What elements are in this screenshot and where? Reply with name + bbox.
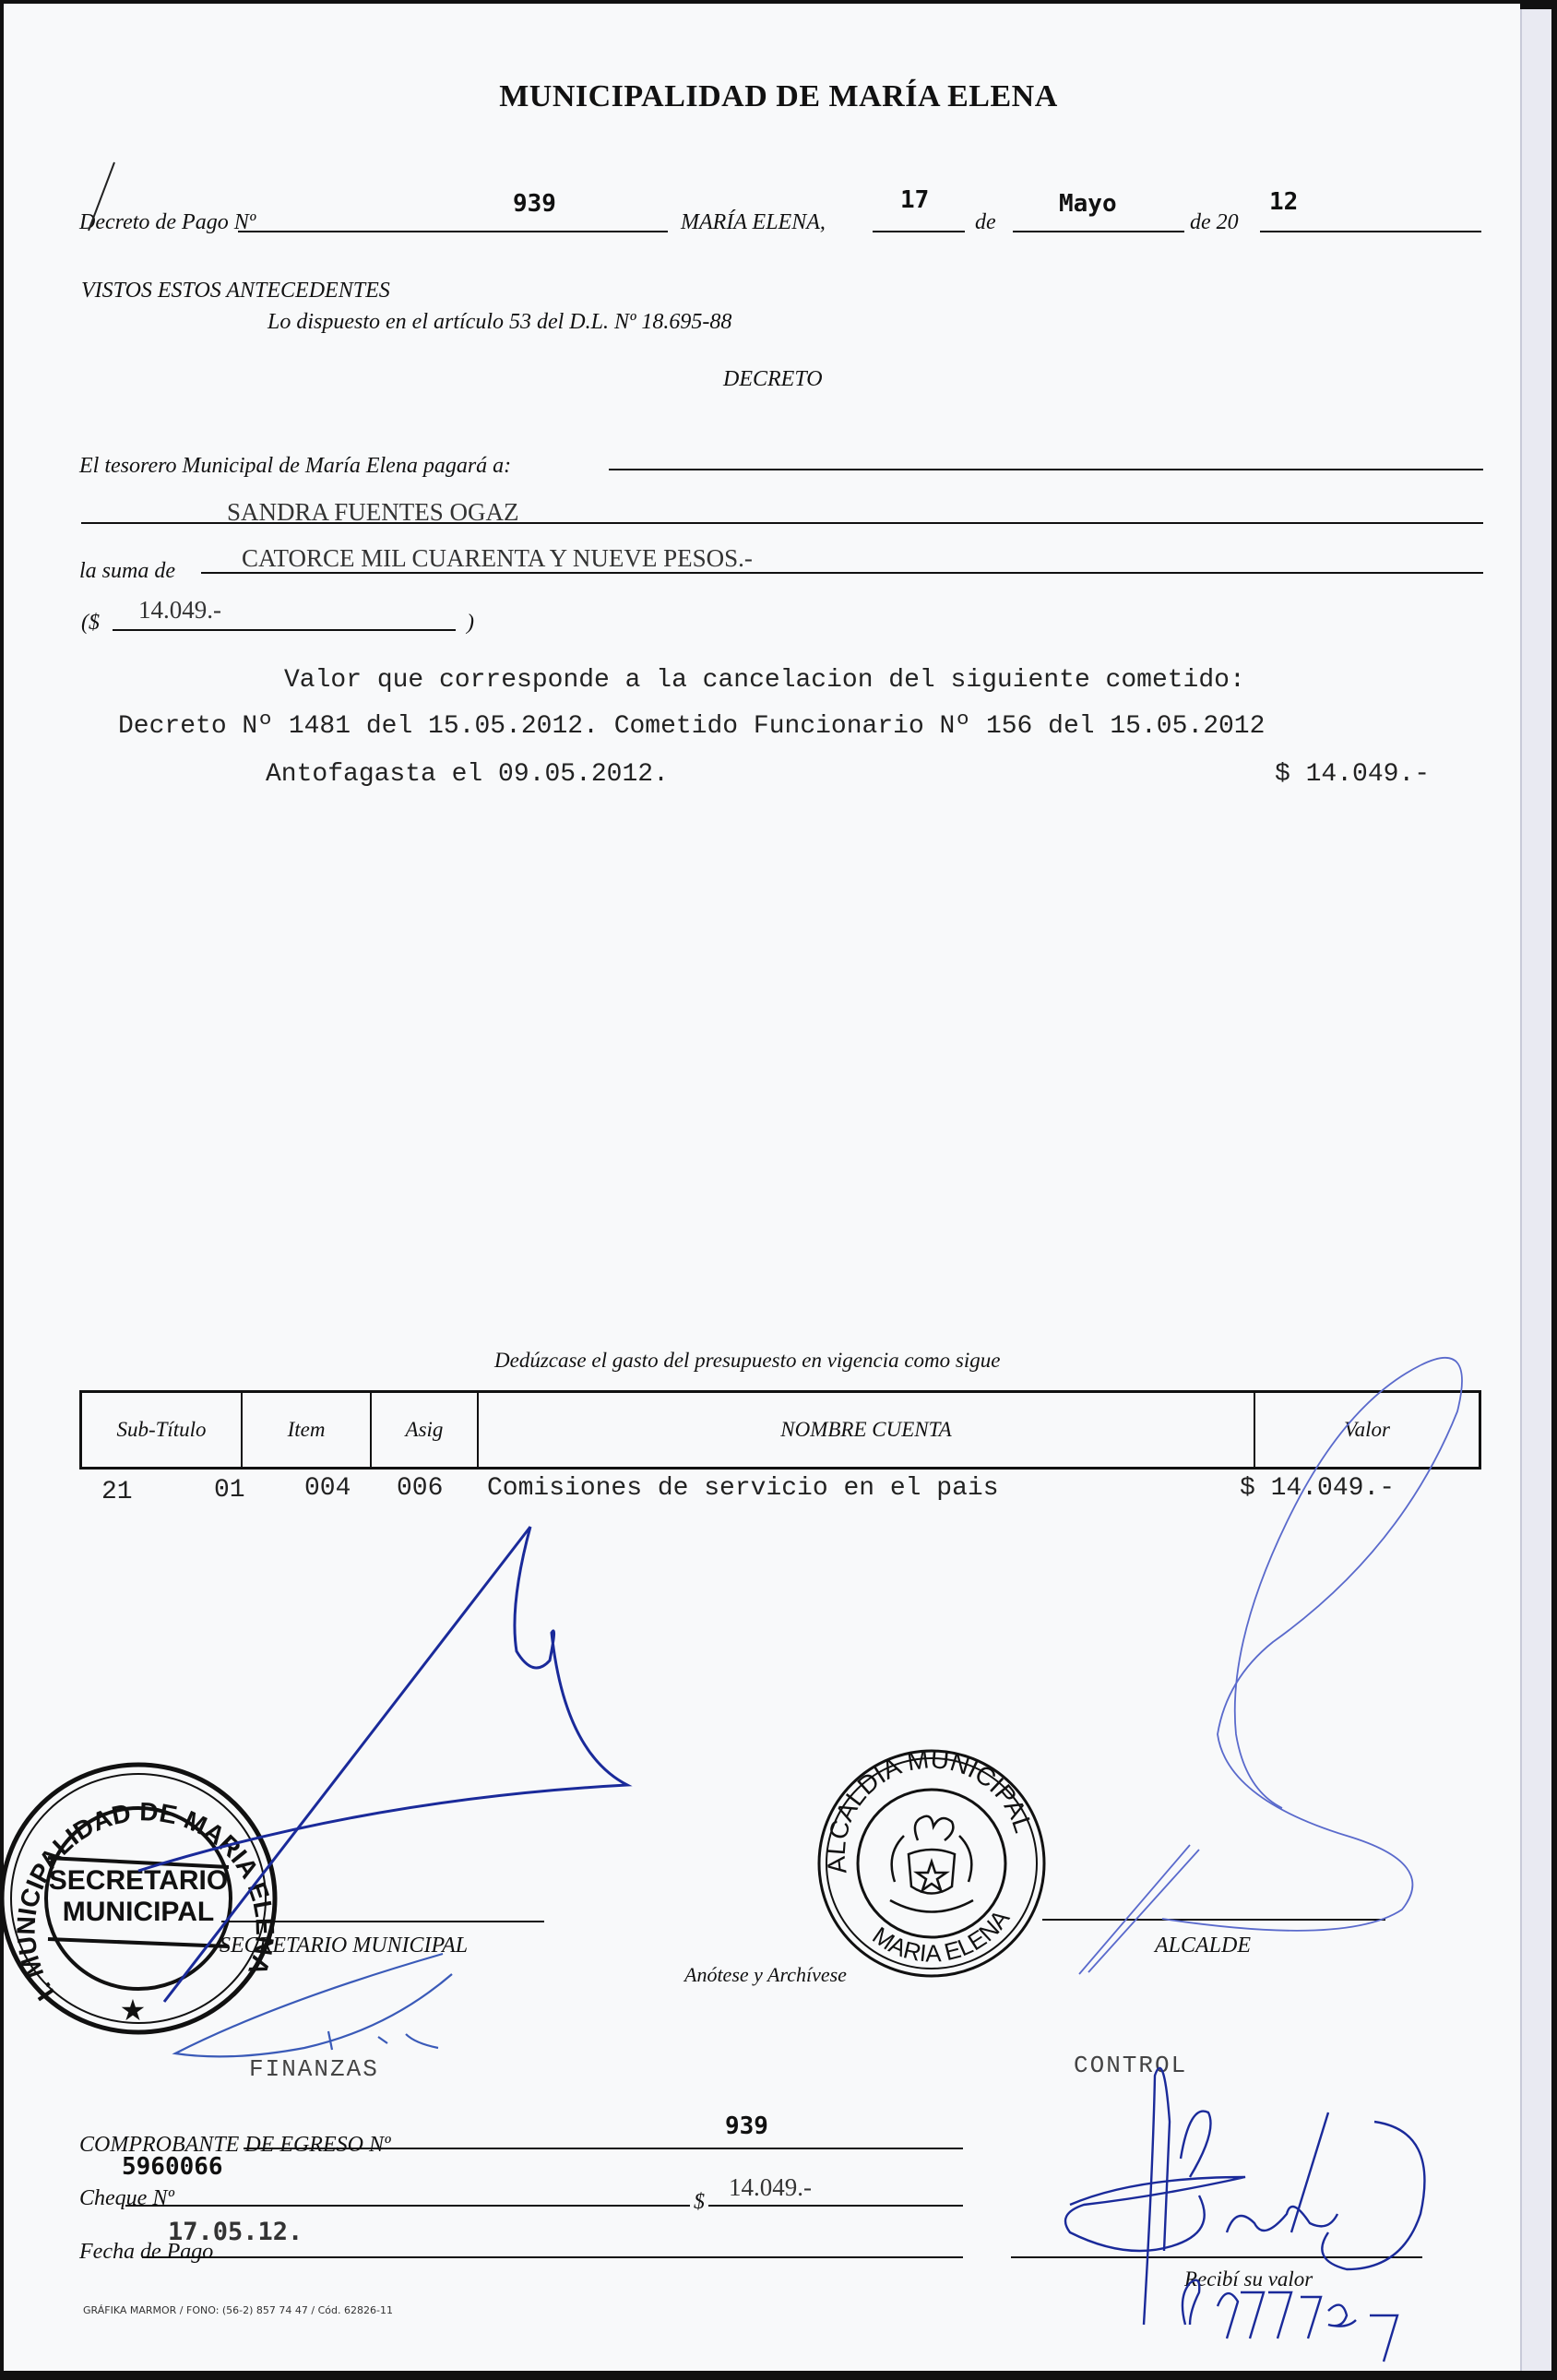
star-icon: ★	[120, 1993, 147, 2027]
alcalde-signature	[1079, 1358, 1462, 1974]
secretario-signature	[138, 1527, 627, 2002]
check-mark-icon	[89, 162, 114, 231]
finanzas-signature	[175, 1954, 452, 2056]
recibi-signature	[1065, 2068, 1424, 2362]
stamp-center-line2: MUNICIPAL	[63, 1897, 214, 1927]
coat-of-arms-icon	[890, 1816, 973, 1912]
stamps-and-signatures: SECRETARIO MUNICIPAL ★ I. MUNICIPALIDAD …	[0, 0, 1557, 2380]
